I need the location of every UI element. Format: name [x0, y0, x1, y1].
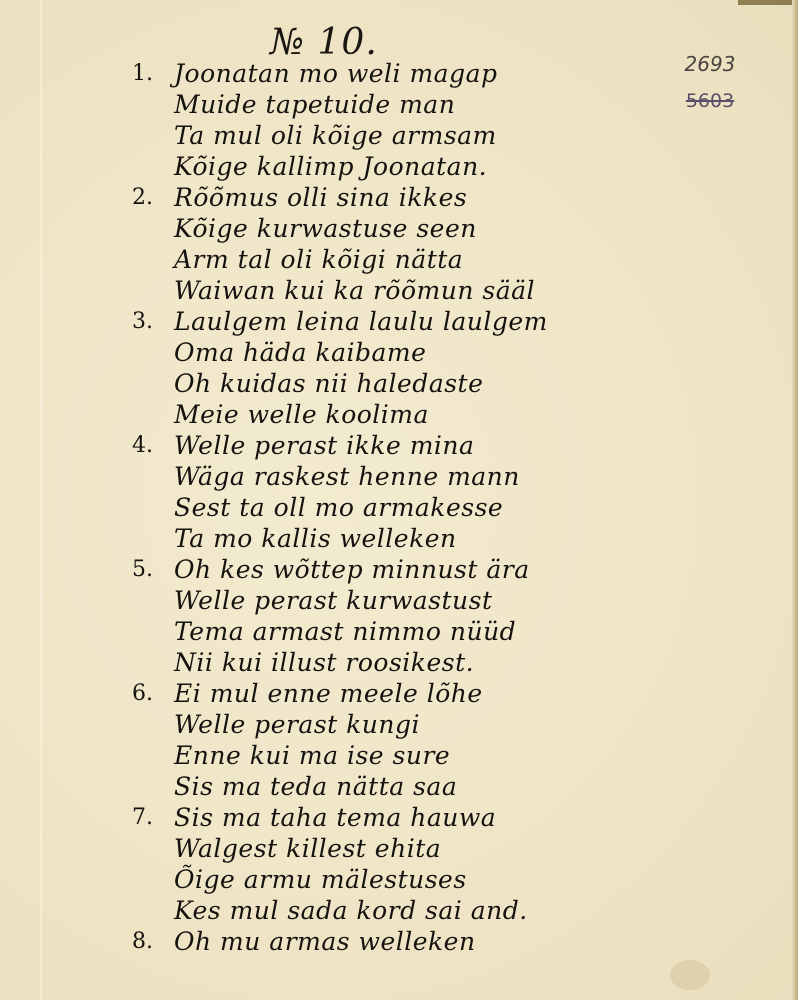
verse-line: Oh kes wõttep minnust ära [132, 554, 548, 585]
verse-line: Sis ma teda nätta saa [132, 771, 548, 802]
verse-line: Oh mu armas welleken [132, 926, 548, 957]
verse-line: Ei mul enne meele lõhe [132, 678, 548, 709]
verse-line: Enne kui ma ise sure [132, 740, 548, 771]
verse-number: 2. [132, 182, 153, 213]
verse-6: 6. Ei mul enne meele lõhe Welle perast k… [132, 678, 548, 802]
verse-line: Nii kui illust roosikest. [132, 647, 548, 678]
verse-line: Arm tal oli kõigi nätta [132, 244, 548, 275]
verse-line: Laulgem leina laulu laulgem [132, 306, 548, 337]
verse-line: Kõige kallimp Joonatan. [132, 151, 548, 182]
verse-4: 4. Welle perast ikke mina Wäga raskest h… [132, 430, 548, 554]
verse-number: 3. [132, 306, 153, 337]
verse-number: 8. [132, 926, 153, 957]
verse-line: Kõige kurwastuse seen [132, 213, 548, 244]
verse-line: Welle perast ikke mina [132, 430, 548, 461]
verse-number: 6. [132, 678, 153, 709]
verse-line: Welle perast kungi [132, 709, 548, 740]
verse-line: Muide tapetuide man [132, 89, 548, 120]
verse-line: Joonatan mo weli magap [132, 58, 548, 89]
page-edge-shadow [738, 0, 798, 5]
verse-line: Waiwan kui ka rõõmun sääl [132, 275, 548, 306]
verse-5: 5. Oh kes wõttep minnust ära Welle peras… [132, 554, 548, 678]
verse-line: Sest ta oll mo armakesse [132, 492, 548, 523]
verse-line: Sis ma taha tema hauwa [132, 802, 548, 833]
verse-line: Rõõmus olli sina ikkes [132, 182, 548, 213]
verse-line: Welle perast kurwastust [132, 585, 548, 616]
verse-line: Ta mul oli kõige armsam [132, 120, 548, 151]
archive-numbers: 2693 5603 [660, 52, 760, 112]
verse-2: 2. Rõõmus olli sina ikkes Kõige kurwastu… [132, 182, 548, 306]
verse-line: Oma häda kaibame [132, 337, 548, 368]
verse-number: 1. [132, 58, 153, 89]
verse-line: Tema armast nimmo nüüd [132, 616, 548, 647]
verse-1: 1. Joonatan mo weli magap Muide tapetuid… [132, 58, 548, 182]
song-number-heading: № 10. [270, 22, 378, 63]
paper-stain [670, 960, 710, 990]
verse-line: Wäga raskest henne mann [132, 461, 548, 492]
verse-line: Kes mul sada kord sai and. [132, 895, 548, 926]
verse-number: 7. [132, 802, 153, 833]
manuscript-page: № 10. 2693 5603 1. Joonatan mo weli maga… [0, 0, 798, 1000]
verse-line: Ta mo kallis welleken [132, 523, 548, 554]
verse-line: Meie welle koolima [132, 399, 548, 430]
verse-line: Walgest killest ehita [132, 833, 548, 864]
archive-number-struck: 5603 [660, 90, 760, 112]
verse-7: 7. Sis ma taha tema hauwa Walgest killes… [132, 802, 548, 926]
verse-8: 8. Oh mu armas welleken [132, 926, 548, 957]
verse-number: 5. [132, 554, 153, 585]
verse-3: 3. Laulgem leina laulu laulgem Oma häda … [132, 306, 548, 430]
verse-number: 4. [132, 430, 153, 461]
archive-number-current: 2693 [660, 52, 760, 76]
verses-container: 1. Joonatan mo weli magap Muide tapetuid… [132, 58, 548, 957]
verse-line: Õige armu mälestuses [132, 864, 548, 895]
verse-line: Oh kuidas nii haledaste [132, 368, 548, 399]
